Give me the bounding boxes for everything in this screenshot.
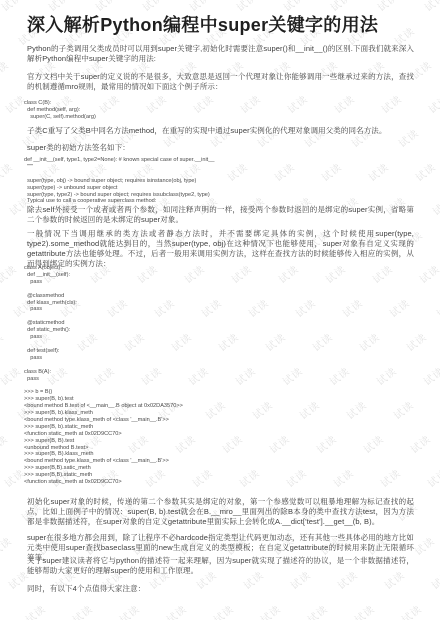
watermark-text: 试读	[0, 0, 24, 14]
watermark-text: 试读	[210, 601, 237, 620]
paragraph-official-doc: 官方文档中关于super的定义说的不是很多，大致意思是返回一个代理对象让你能够调…	[27, 72, 414, 92]
watermark-text: 试读	[428, 567, 440, 592]
watermark-text: 试读	[0, 329, 6, 354]
code-block-example-repl: class A(object): def __init__(self): pas…	[24, 265, 430, 486]
page-title: 深入解析Python编程中super关键字的用法	[27, 11, 413, 37]
watermark-text: 试读	[351, 601, 378, 620]
code-block-class-c: class C(B): def method(self, arg): super…	[24, 100, 430, 121]
watermark-text: 试读	[163, 601, 190, 620]
watermark-text: 试读	[0, 227, 2, 252]
code-block-init-doc: def __init__(self, type1, type2=None): #…	[24, 157, 430, 205]
paragraph-self-args: 除去self外接受一个或者或者两个参数，如同注释声明的一样，接受两个参数时返回的…	[27, 205, 414, 225]
watermark-text: 试读	[0, 261, 19, 286]
watermark-text: 试读	[304, 601, 331, 620]
watermark-text: 试读	[257, 601, 284, 620]
paragraph-init-signature: super类的初始方法签名如下：	[27, 143, 414, 153]
watermark-text: 试读	[421, 0, 440, 14]
watermark-text: 试读	[433, 295, 440, 320]
watermark-text: 试读	[398, 601, 425, 620]
watermark-text: 试读	[69, 601, 96, 620]
watermark-text: 试读	[0, 363, 23, 388]
paragraph-subclass-c: 子类C重写了父类B中同名方法method，在重写的实现中通过super实例化的代…	[27, 126, 414, 136]
watermark-text: 试读	[0, 601, 1, 620]
document-page: 试读试读试读试读试读试读试读试读试读试读试读试读试读试读试读试读试读试读试读试读…	[0, 0, 440, 620]
watermark-text: 试读	[411, 533, 438, 558]
watermark-text: 试读	[0, 159, 15, 184]
watermark-text: 试读	[429, 193, 440, 218]
paragraph-descriptor: 关于super建议读者将它与python的描述符一起来理解，因为super就实现…	[27, 556, 414, 576]
watermark-text: 试读	[0, 57, 11, 82]
paragraph-classmethod: 一般情况下当调用继承的类方法或者静态方法时，并不需要绑定具体的实例，这个时候使用…	[27, 229, 414, 269]
watermark-text: 试读	[116, 601, 143, 620]
watermark-text: 试读	[22, 601, 49, 620]
watermark-text: 试读	[0, 431, 10, 456]
watermark-text: 试读	[0, 533, 14, 558]
paragraph-intro: Python的子类调用父类成员时可以用到super关键字,初始化时需要注意sup…	[27, 44, 414, 64]
paragraph-init-super: 初始化super对象的时候，传递的第二个参数其实是绑定的对象，第一个参感觉数可以…	[27, 497, 414, 527]
paragraph-four-points: 同时，有以下4个点值得大家注意：	[27, 584, 414, 594]
